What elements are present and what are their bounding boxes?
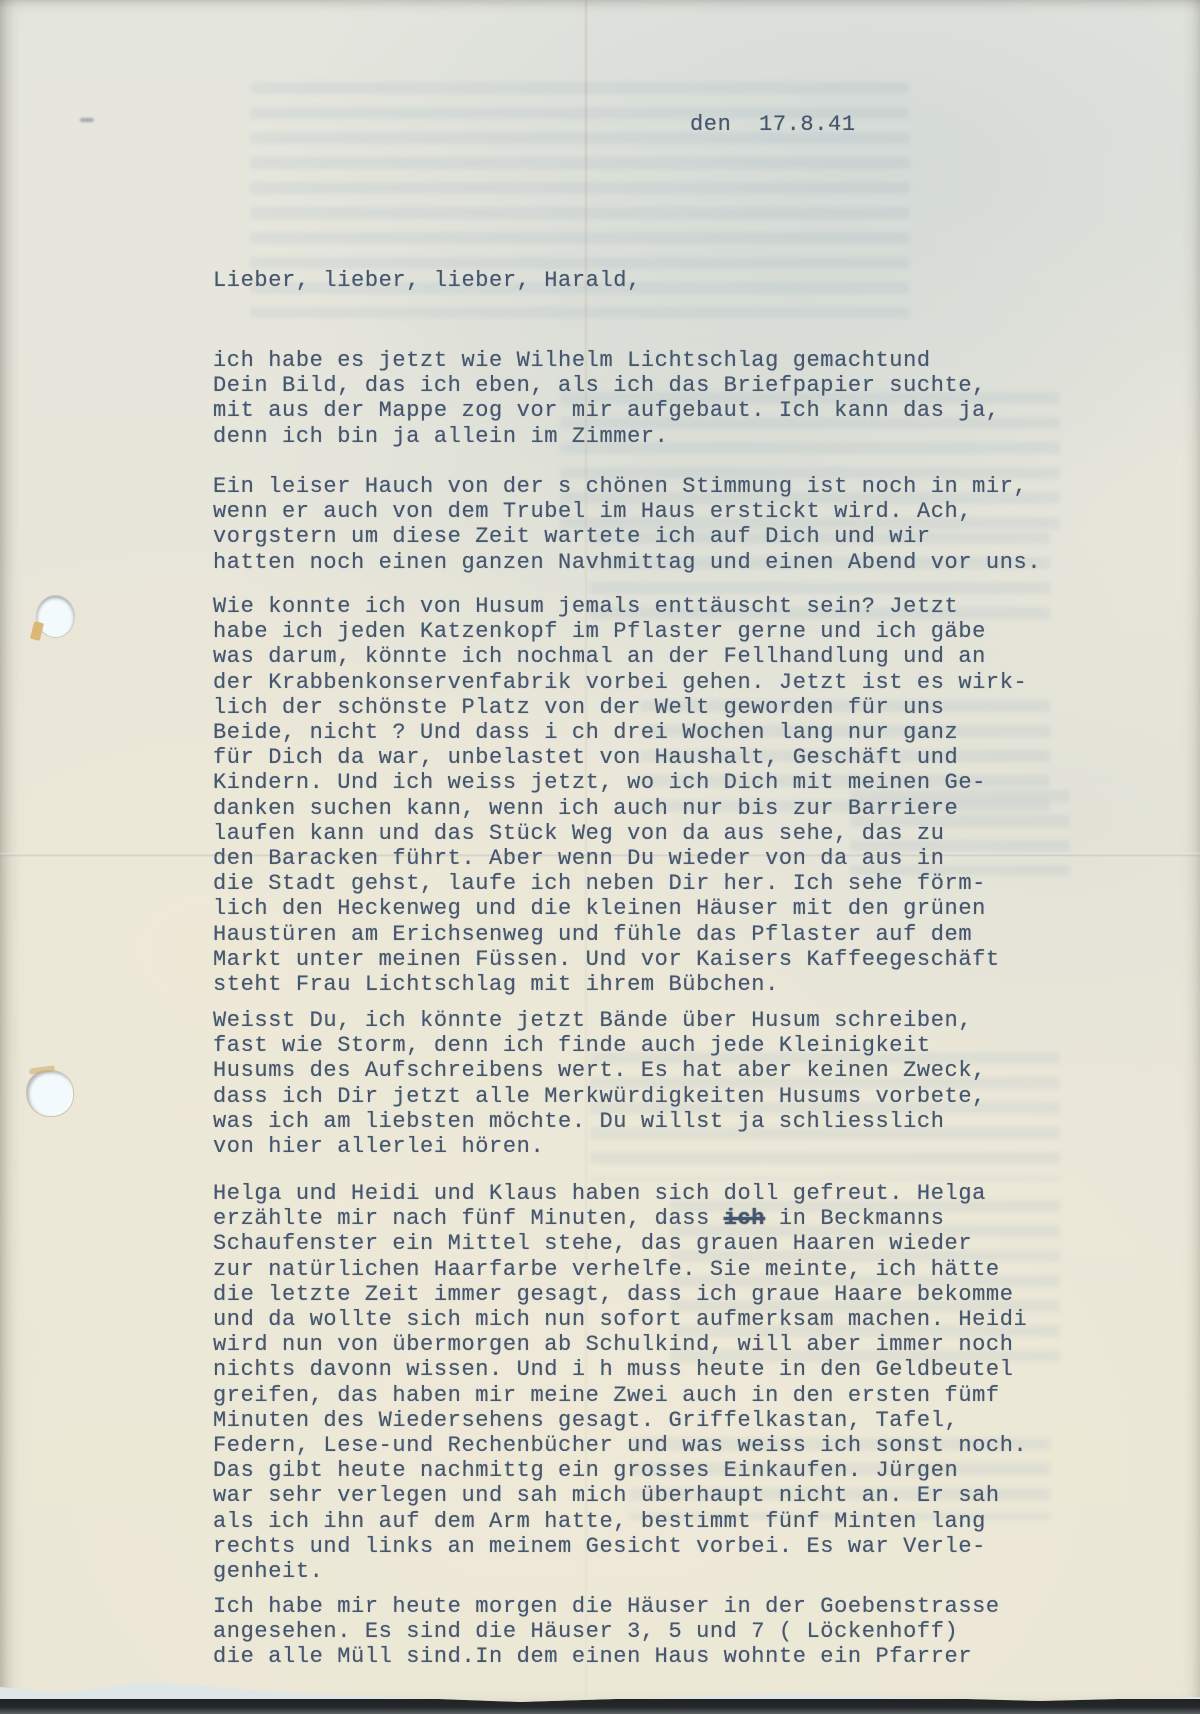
- letter-paragraph: Helga und Heidi und Klaus haben sich dol…: [213, 1181, 1027, 1584]
- letter-paragraph: Wie konnte ich von Husum jemals enttäusc…: [213, 594, 1027, 997]
- letter-date: den 17.8.41: [690, 112, 856, 137]
- letter-line: laufen kann und das Stück Weg von da aus…: [213, 821, 1027, 846]
- letter-line: und da wollte sich mich nun sofort aufme…: [213, 1307, 1027, 1332]
- letter-line: die letzte Zeit immer gesagt, dass ich g…: [213, 1282, 1027, 1307]
- letter-line: mit aus der Mappe zog vor mir aufgebaut.…: [213, 398, 1000, 423]
- letter-line: Haustüren am Erichsenweg und fühle das P…: [213, 922, 1027, 947]
- letter-line: angesehen. Es sind die Häuser 3, 5 und 7…: [213, 1619, 1000, 1644]
- letter-line: Ein leiser Hauch von der s chönen Stimmu…: [213, 474, 1041, 499]
- letter-line: erzählte mir nach fünf Minuten, dass ich…: [213, 1206, 1027, 1231]
- letter-paper: den 17.8.41 Lieber, lieber, lieber, Hara…: [0, 0, 1200, 1702]
- letter-line: rechts und links an meinem Gesicht vorbe…: [213, 1534, 1027, 1559]
- letter-line: steht Frau Lichtschlag mit ihrem Bübchen…: [213, 972, 1027, 997]
- letter-line: genheit.: [213, 1559, 1027, 1584]
- letter-line: wenn er auch von dem Trubel im Haus erst…: [213, 499, 1041, 524]
- scanned-letter-page: den 17.8.41 Lieber, lieber, lieber, Hara…: [0, 0, 1200, 1714]
- letter-line: lich der schönste Platz von der Welt gew…: [213, 695, 1027, 720]
- struck-word: ich: [724, 1206, 765, 1231]
- letter-line: Minuten des Wiedersehens gesagt. Griffel…: [213, 1408, 1027, 1433]
- letter-line: lich den Heckenweg und die kleinen Häuse…: [213, 896, 1027, 921]
- letter-line: Helga und Heidi und Klaus haben sich dol…: [213, 1181, 1027, 1206]
- letter-line: Wie konnte ich von Husum jemals enttäusc…: [213, 594, 1027, 619]
- letter-line: Schaufenster ein Mittel stehe, das graue…: [213, 1231, 1027, 1256]
- letter-line: die Stadt gehst, laufe ich neben Dir her…: [213, 871, 1027, 896]
- letter-line: vorgstern um diese Zeit wartete ich auf …: [213, 524, 1041, 549]
- letter-line: Federn, Lese-und Rechenbücher und was we…: [213, 1433, 1027, 1458]
- punch-hole-top: [37, 596, 74, 637]
- letter-line: habe ich jeden Katzenkopf im Pflaster ge…: [213, 619, 1027, 644]
- ink-smudge: [80, 118, 94, 122]
- letter-paragraph: Weisst Du, ich könnte jetzt Bände über H…: [213, 1008, 986, 1159]
- letter-line: als ich ihn auf dem Arm hatte, bestimmt …: [213, 1509, 1027, 1534]
- letter-line: Weisst Du, ich könnte jetzt Bände über H…: [213, 1008, 986, 1033]
- letter-line: der Krabbenkonservenfabrik vorbei gehen.…: [213, 670, 1027, 695]
- letter-paragraph: ich habe es jetzt wie Wilhelm Lichtschla…: [213, 348, 1000, 449]
- letter-line: Dein Bild, das ich eben, als ich das Bri…: [213, 373, 1000, 398]
- letter-line: was ich am liebsten möchte. Du willst ja…: [213, 1109, 986, 1134]
- letter-line: den Baracken führt. Aber wenn Du wieder …: [213, 846, 1027, 871]
- letter-line: danken suchen kann, wenn ich auch nur bi…: [213, 796, 1027, 821]
- letter-line: ich habe es jetzt wie Wilhelm Lichtschla…: [213, 348, 1000, 373]
- letter-line: hatten noch einen ganzen Navhmittag und …: [213, 550, 1041, 575]
- letter-line: Kindern. Und ich weiss jetzt, wo ich Dic…: [213, 770, 1027, 795]
- letter-line: denn ich bin ja allein im Zimmer.: [213, 424, 1000, 449]
- letter-line: was darum, könnte ich nochmal an der Fel…: [213, 644, 1027, 669]
- letter-line: Das gibt heute nachmittg ein grosses Ein…: [213, 1458, 1027, 1483]
- letter-line: dass ich Dir jetzt alle Merkwürdigkeiten…: [213, 1084, 986, 1109]
- letter-line: greifen, das haben mir meine Zwei auch i…: [213, 1383, 1027, 1408]
- letter-salutation: Lieber, lieber, lieber, Harald,: [213, 268, 641, 293]
- table-surface: [0, 1699, 1200, 1714]
- letter-line: Markt unter meinen Füssen. Und vor Kaise…: [213, 947, 1027, 972]
- letter-line: die alle Müll sind.In dem einen Haus woh…: [213, 1644, 1000, 1669]
- letter-line: war sehr verlegen und sah mich überhaupt…: [213, 1483, 1027, 1508]
- letter-line: für Dich da war, unbelastet von Haushalt…: [213, 745, 1027, 770]
- letter-line: zur natürlichen Haarfarbe verhelfe. Sie …: [213, 1257, 1027, 1282]
- letter-line: Ich habe mir heute morgen die Häuser in …: [213, 1594, 1000, 1619]
- letter-line: Beide, nicht ? Und dass i ch drei Wochen…: [213, 720, 1027, 745]
- punch-hole-bottom: [27, 1071, 73, 1116]
- letter-line: Husums des Aufschreibens wert. Es hat ab…: [213, 1058, 986, 1083]
- letter-line: fast wie Storm, denn ich finde auch jede…: [213, 1033, 986, 1058]
- letter-line: nichts davonn wissen. Und i h muss heute…: [213, 1357, 1027, 1382]
- letter-line: wird nun von übermorgen ab Schulkind, wi…: [213, 1332, 1027, 1357]
- letter-paragraph: Ich habe mir heute morgen die Häuser in …: [213, 1594, 1000, 1670]
- letter-paragraph: Ein leiser Hauch von der s chönen Stimmu…: [213, 474, 1041, 575]
- letter-line: von hier allerlei hören.: [213, 1134, 986, 1159]
